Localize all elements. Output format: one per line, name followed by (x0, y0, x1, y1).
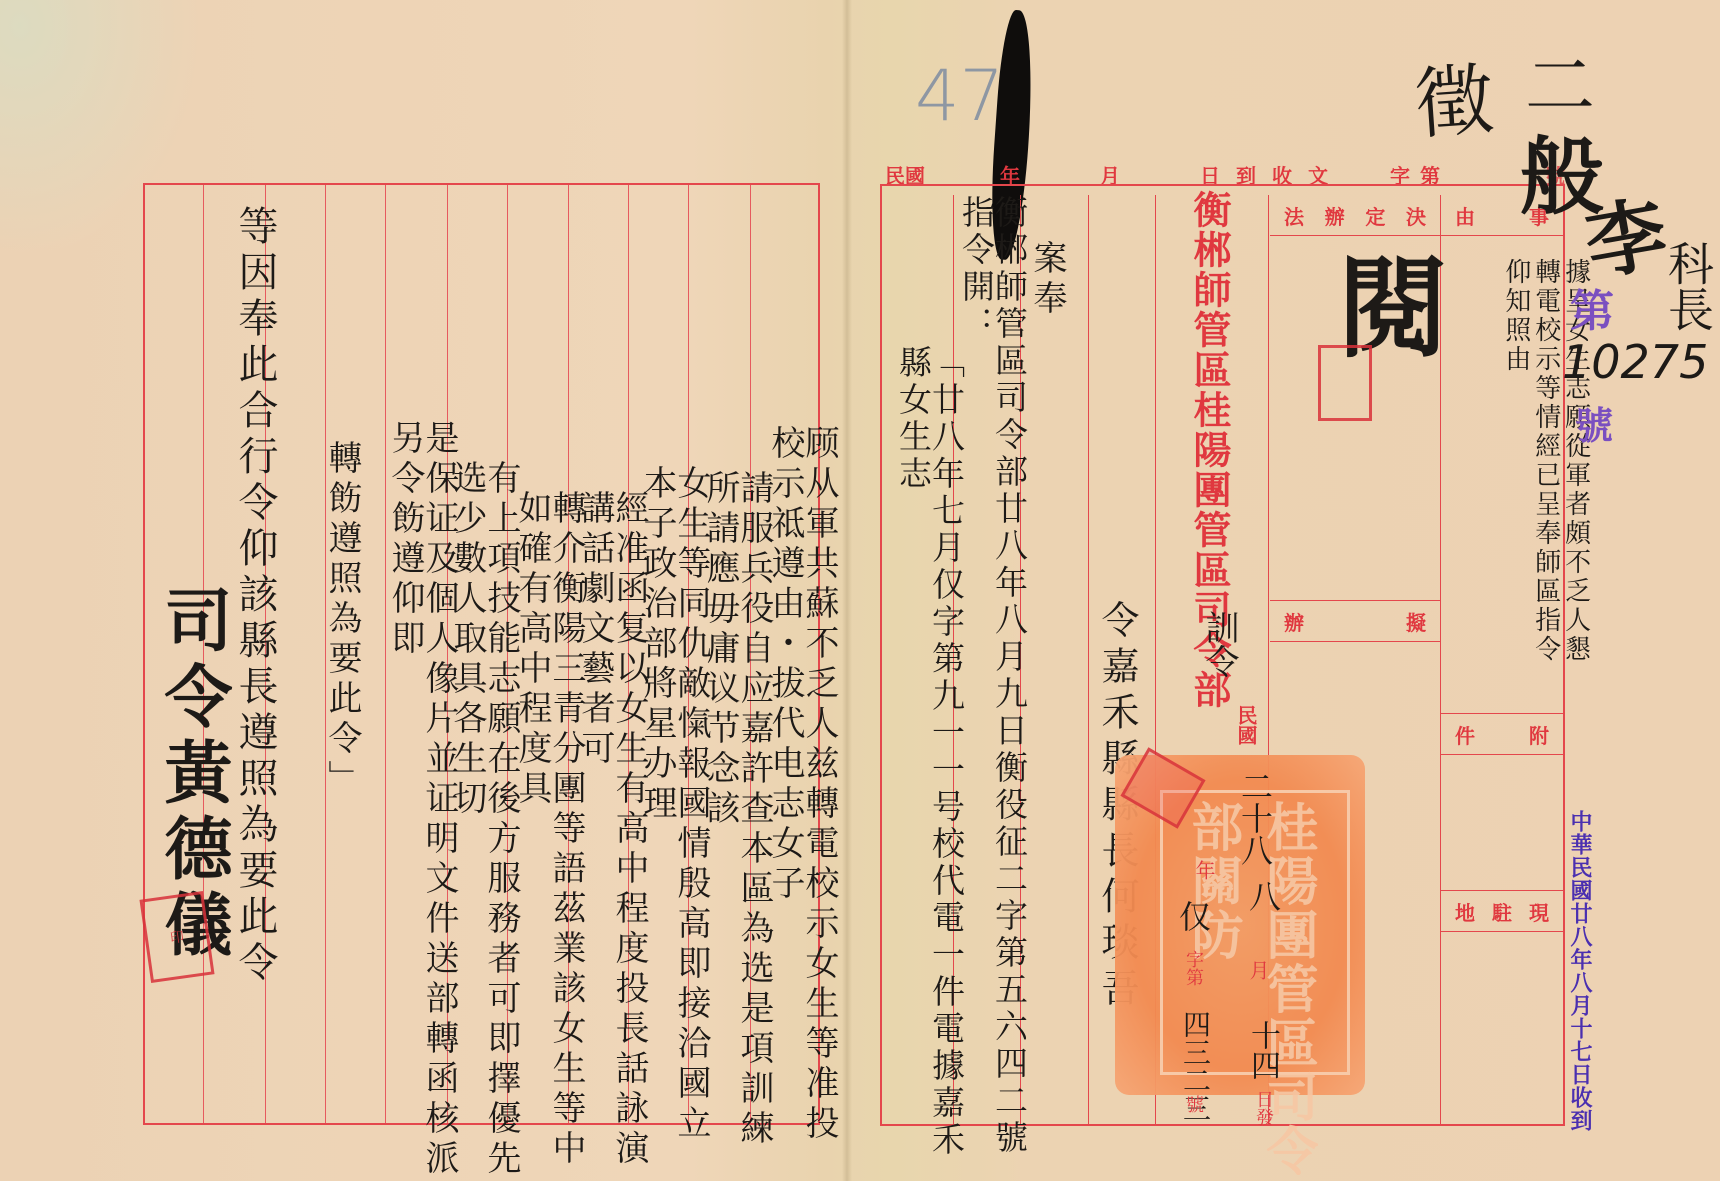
body-column-4: 經准函复以女生有高中程度投長話詠演講話劇文藝者可 (578, 490, 646, 1181)
doc-zi-prefix: 仅 (1170, 900, 1216, 932)
date-min-guo: 民國 (1232, 705, 1261, 745)
body-case-opening: 案奉 (1030, 240, 1064, 320)
approval-seal (1318, 345, 1372, 421)
decision-brush-mark: 閱 (1305, 250, 1463, 360)
received-date-stamp: 中華民國廿八年八月十七日收到 (1565, 810, 1596, 1132)
book-spine-fold (842, 0, 852, 1181)
body-column-2: 請服兵役自应嘉許查本區為选是項訓練所請應毋庸议节念該 (703, 470, 771, 1181)
issuer-suffix: 訓令 (1195, 610, 1244, 678)
draft-label: 辦 擬 (1270, 600, 1440, 642)
doc-hao-label: 號 (1180, 1095, 1206, 1113)
date-year-number: 二十八 (1232, 770, 1278, 866)
signature-seal: 印 (139, 891, 214, 983)
signature-title: 司令 (153, 585, 233, 737)
doc-zi-label: 字第 (1180, 950, 1206, 986)
body-column-8: 轉飭遵照為要此令」 (325, 440, 359, 800)
location-label: 地 駐 現 (1441, 890, 1563, 932)
body-column-7: 是保证及個人像片並证明文件送部轉函核派另令飭遵仰即 (388, 420, 456, 1181)
date-issue-label: 日發 (1250, 1090, 1276, 1126)
body-column-3: 女生等同仇敵愾報國情殷高即接洽國立本子政治部將星办理 (640, 465, 708, 1181)
body-column-1: 顾从軍共蘇不乏人兹轉電校示女生等准投校示祗遵由・拔代电志女子 (768, 425, 836, 1181)
receipt-suffix: 號 (1575, 395, 1613, 450)
date-month-number: 八 (1240, 880, 1286, 912)
attachment-label: 件 附 (1441, 713, 1563, 755)
annotation-kezhang: 科長 (1655, 240, 1720, 332)
annotation-zheng: 徵 (1411, 37, 1497, 154)
date-day-number: 十四 (1240, 1020, 1284, 1080)
body-directive: 衡郴師管區司令部廿八年八月九日衡役征二字第五六四二號指令開： (960, 195, 1026, 1181)
date-month-label: 月 (1244, 960, 1273, 980)
body-column-6: 有上項技能志願在後方服務者可即擇優先选少數人取具各生切 (450, 460, 518, 1181)
date-year-label: 年 (1190, 860, 1219, 880)
ruled-line (880, 184, 882, 1126)
receipt-prefix: 第 (1570, 275, 1614, 339)
body-column-5: 轉介衡陽三青分團等語茲業該女生等中如確有高中程度具 (515, 490, 583, 1181)
pencil-archive-number: 47 (915, 55, 1004, 137)
decision-method-label: 法 辦 定 決 (1270, 196, 1440, 236)
receipt-number: 10275 (1562, 335, 1708, 389)
ruled-line (1088, 195, 1089, 1125)
body-quoted: 「廿八年七月仅字第九一一号校代電一件電據嘉禾縣女生志 (897, 345, 963, 1181)
